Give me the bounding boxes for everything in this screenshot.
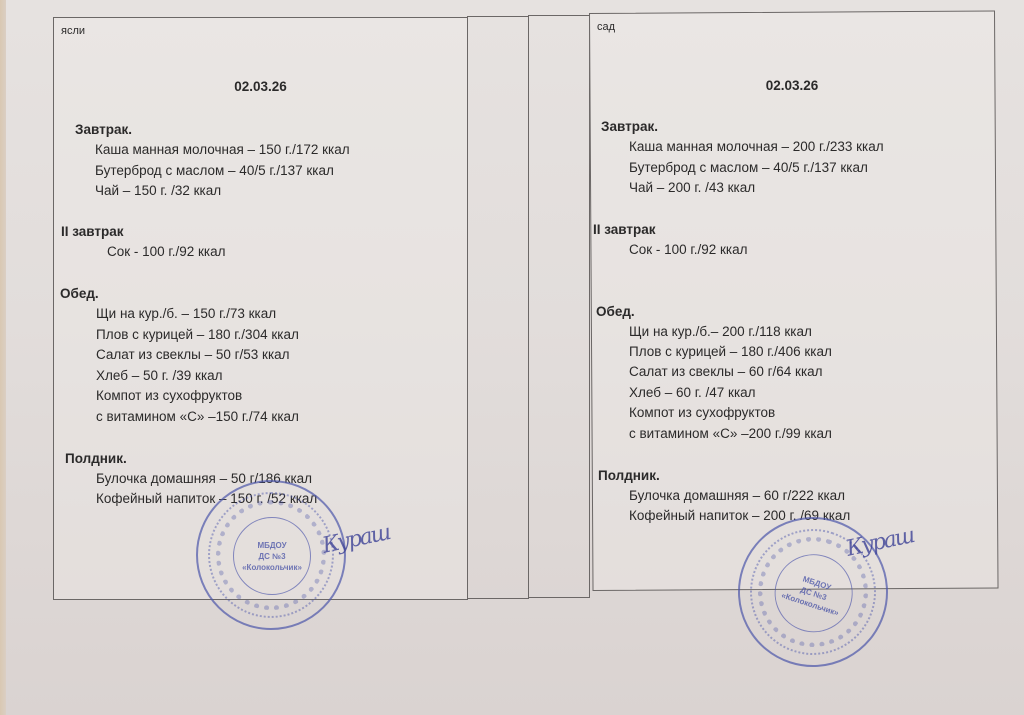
menu-item: Плов с курицей – 180 г./406 ккал [629, 342, 832, 363]
menu-item: Сок - 100 г./92 ккал [629, 240, 747, 261]
menu-item: Каша манная молочная – 150 г./172 ккал [95, 140, 350, 161]
meal-title-second-breakfast: II завтрак [593, 220, 656, 241]
menu-item: Хлеб – 50 г. /39 ккал [96, 366, 223, 387]
menu-date: 02.03.26 [589, 76, 995, 97]
meal-title-second-breakfast: II завтрак [61, 222, 124, 243]
menu-item: Щи на кур./б. – 150 г./73 ккал [96, 304, 276, 325]
menu-item: Хлеб – 60 г. /47 ккал [629, 383, 756, 404]
menu-date: 02.03.26 [53, 77, 468, 98]
official-stamp: МБДОУ ДС №3 «Колокольчик» [196, 480, 346, 630]
middle-column-frame-1 [467, 16, 529, 599]
group-label: сад [597, 17, 615, 38]
middle-column-frame-2 [528, 15, 590, 598]
menu-item: Бутерброд с маслом – 40/5 г./137 ккал [629, 158, 868, 179]
stamp-line: «Колокольчик» [242, 562, 302, 573]
menu-item: Щи на кур./б.– 200 г./118 ккал [629, 322, 812, 343]
menu-item: с витамином «С» –150 г./74 ккал [96, 407, 299, 428]
group-label: ясли [61, 21, 85, 42]
menu-item: Сок - 100 г./92 ккал [107, 242, 225, 263]
menu-item: Салат из свеклы – 60 г/64 ккал [629, 362, 823, 383]
menu-item: Чай – 200 г. /43 ккал [629, 178, 755, 199]
paper-sheet: ясли 02.03.26 Завтрак. Каша манная молоч… [6, 0, 1024, 715]
stamp-line: МБДОУ [257, 540, 286, 551]
menu-item: с витамином «С» –200 г./99 ккал [629, 424, 832, 445]
menu-item: Булочка домашняя – 60 г/222 ккал [629, 486, 845, 507]
menu-item: Чай – 150 г. /32 ккал [95, 181, 221, 202]
meal-title-snack: Полдник. [598, 466, 660, 487]
menu-item: Компот из сухофруктов [629, 403, 775, 424]
stamp-center: МБДОУ ДС №3 «Колокольчик» [233, 517, 311, 595]
meal-title-breakfast: Завтрак. [75, 120, 132, 141]
menu-item: Плов с курицей – 180 г./304 ккал [96, 325, 299, 346]
stamp-line: ДС №3 [258, 551, 285, 562]
meal-title-breakfast: Завтрак. [601, 117, 658, 138]
menu-item: Компот из сухофруктов [96, 386, 242, 407]
meal-title-lunch: Обед. [60, 284, 99, 305]
meal-title-snack: Полдник. [65, 449, 127, 470]
menu-item: Салат из свеклы – 50 г/53 ккал [96, 345, 290, 366]
menu-item: Каша манная молочная – 200 г./233 ккал [629, 137, 884, 158]
meal-title-lunch: Обед. [596, 302, 635, 323]
menu-item: Бутерброд с маслом – 40/5 г./137 ккал [95, 161, 334, 182]
